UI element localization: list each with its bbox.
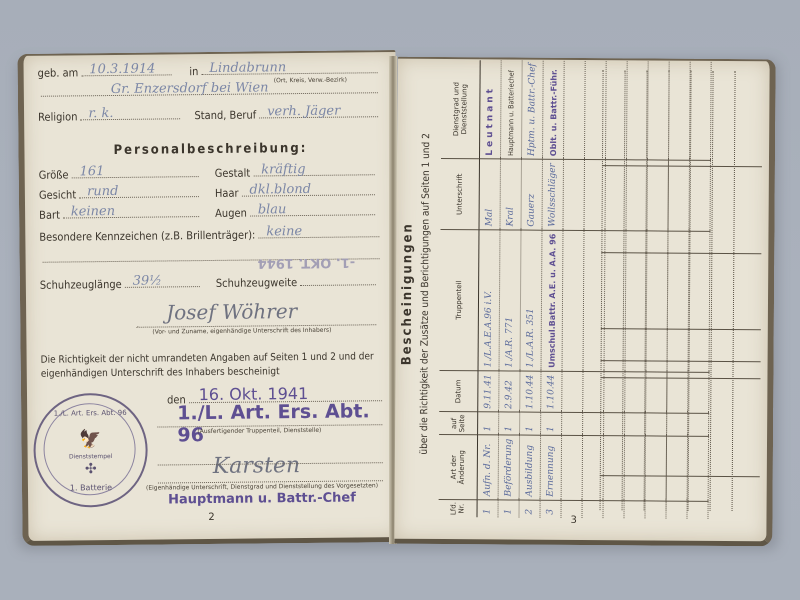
cell-unterschrift: Mal [479,159,500,230]
desc-value: keinen [71,204,115,219]
cell-datum: 2.9.42 [499,371,520,413]
cell-nr: 1 [477,500,498,518]
cell-nr: 1 [498,500,519,518]
col-header: auf Seite [439,412,478,435]
cell-unterschrift: Kral [500,159,521,230]
page-number-left: 2 [208,512,214,523]
cell-seite: 1 [541,413,562,436]
cell-nr: 2 [519,500,540,518]
cell-nr: 3 [540,500,561,518]
unit-hint: (Ausfertigender Truppenteil, Dienststell… [197,427,321,435]
occupation-value: verh. Jäger [267,104,340,120]
desc-row-size: Größe 161 [39,166,199,182]
cell-truppenteil: Umschul.Battr. A.E. u. A.A. 96 [541,230,563,371]
desc-label: Gesicht [39,188,76,201]
eagle-icon: 🦅 [35,429,145,451]
shoe-width-row: Schuhzeugweite [216,274,376,290]
shoe-length-value: 39½ [133,273,162,288]
desc-row-face: Gesicht rund [39,186,199,202]
col-header: Dienstgrad und Dienststellung [441,60,480,160]
cell-dienstgrad: Hauptmann u. Batteriechef [500,60,522,159]
cell-seite: 1 [478,412,499,435]
certification-text: Die Richtigkeit der nicht umrandeten Ang… [41,350,386,382]
cell-truppenteil: 1./L.A.E.A.96 i.V. [478,230,500,371]
cell-datum: 9.11.41 [478,371,499,413]
shoe-width-label: Schuhzeugweite [216,276,297,290]
desc-label: Augen [215,207,247,220]
desc-row-beard: Bart keinen [39,206,199,222]
desc-row-hair: Haar dkl.blond [215,184,375,200]
birth-date-label: geb. am [38,66,79,79]
page-number-right: 3 [570,515,576,526]
birth-place-line2: Gr. Enzersdorf bei Wien [38,82,378,97]
col-header: Truppenteil [440,229,479,370]
section-title: Personalbeschreibung: [24,140,396,159]
col-header: Datum [439,371,478,413]
birth-place-hint: (Ort, Kreis, Verw.-Bezirk) [274,77,347,85]
cell-truppenteil: 1./A.R. 771 [499,230,521,371]
special-marks-row: Besondere Kennzeichen (z.B. Brillenträge… [39,226,379,244]
certifications-title: Bescheinigungen [398,69,416,519]
desc-value: blau [258,202,287,217]
birth-place-line2-value: Gr. Enzersdorf bei Wien [111,80,269,97]
cell-dienstgrad: Oblt. u. Battr.-Führ. [542,60,564,159]
certifications-subtitle: über die Richtigkeit der Zusätze und Ber… [418,69,432,519]
special-marks-label: Besondere Kennzeichen (z.B. Brillenträge… [39,229,255,244]
wreath-emblem-icon: ✣ [36,461,146,478]
desc-row-build: Gestalt kräftig [215,164,375,180]
cell-dienstgrad: Leutnant [479,60,501,159]
cell-datum: 1.10.44 [541,371,562,413]
birth-date-value: 10.3.1914 [89,62,155,78]
desc-value: kräftig [261,162,306,177]
desc-label: Haar [215,187,239,200]
cell-art: Aufn. d. Nr. [477,435,498,500]
cell-truppenteil: 1./L.A.R. 351 [520,230,542,371]
unit-stamp: 1./L. Art. Ers. Abt. 96 [177,400,399,446]
cell-unterschrift: Gauerz [521,159,542,230]
faint-date-stamp: -1. OKT. 1944 [258,254,356,270]
col-header: Lfd. Nr. [438,499,477,517]
seal-center-text: Dienststempel [36,453,146,461]
desc-row-eyes: Augen blau [215,204,375,220]
cell-art: Beförderung [498,435,519,500]
holder-signature-hint: (Vor- und Zuname, eigenhändige Unterschr… [152,327,331,336]
col-header: Unterschrift [440,159,479,230]
desc-label: Gestalt [215,167,251,180]
official-seal: 1./L. Art. Ers. Abt. 96 🦅 Dienststempel … [33,393,148,508]
cell-seite: 1 [520,413,541,436]
cell-art: Ernennung [540,435,561,500]
cell-art: Ausbildung [519,435,540,500]
left-page: geb. am 10.3.1914 in Lindabrunn Gr. Enze… [17,50,400,546]
birth-place-label: in [189,65,198,78]
ruled-area [600,70,753,511]
desc-value: rund [87,184,118,199]
religion-value: r. k. [88,106,113,121]
holder-signature: Josef Wöhrer [166,299,297,324]
religion-row: Religion r. k. Stand, Beruf verh. Jäger [38,106,378,124]
cell-datum: 1.10.44 [520,371,541,413]
shoe-length-row: Schuhzeuglänge 39½ [40,276,200,292]
religion-label: Religion [38,110,77,123]
special-marks-value: keine [266,224,302,239]
officer-rank-stamp: Hauptmann u. Battr.-Chef [168,490,356,507]
cell-seite: 1 [499,412,520,435]
occupation-label: Stand, Beruf [194,108,256,122]
desc-label: Größe [39,168,69,181]
seal-bottom-text: 1. Batterie [36,483,146,493]
desc-label: Bart [39,209,60,222]
shoe-length-label: Schuhzeuglänge [40,278,122,292]
col-header: Art der Änderung [439,435,478,500]
desc-value: 161 [79,164,104,179]
birth-place-value: Lindabrunn [209,60,286,76]
seal-top-text: 1./L. Art. Ers. Abt. 96 [35,409,145,418]
right-page: Bescheinigungen über die Richtigkeit der… [394,57,775,547]
cell-unterschrift: Wollsschläger [542,160,563,231]
cell-dienstgrad: Hptm. u. Battr.-Chef [521,60,543,159]
officer-signature: Karsten [213,453,301,479]
desc-value: dkl.blond [249,182,311,198]
